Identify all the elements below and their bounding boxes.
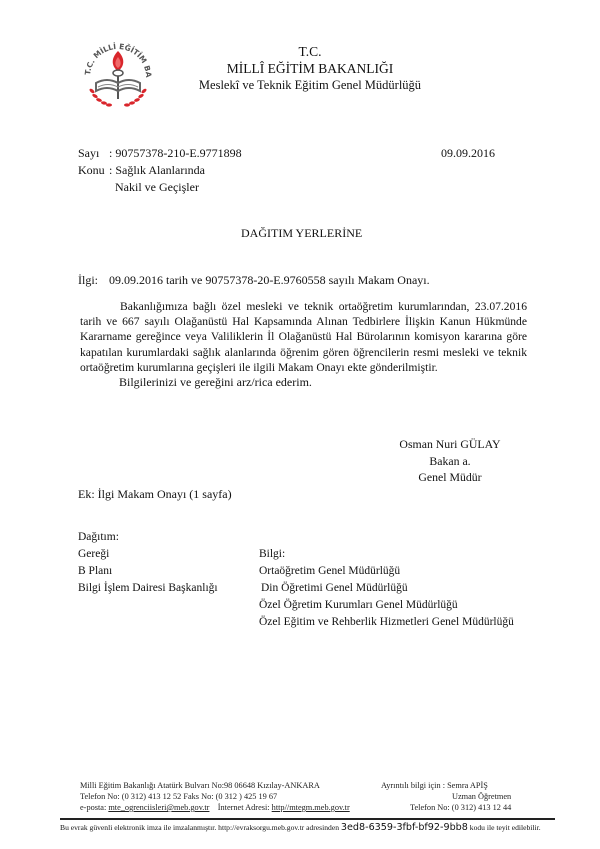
bilgi-item: Özel Öğretim Kurumları Genel Müdürlüğü [259, 599, 458, 611]
bilgi-item: Ortaöğretim Genel Müdürlüğü [259, 565, 400, 577]
gereği-item: Bilgi İşlem Dairesi Başkanlığı [78, 582, 218, 594]
verification-notice: Bu evrak güvenli elektronik imza ile imz… [60, 822, 555, 833]
web-label: İnternet Adresi: [218, 803, 270, 812]
sayi-value: : 90757378-210-E.9771898 [109, 146, 242, 161]
web-link[interactable]: http//mtegm.meb.gov.tr [272, 803, 350, 812]
addressee: DAĞITIM YERLERİNE [241, 226, 362, 241]
konu-value: : Sağlık Alanlarında [109, 163, 205, 178]
signer-on-behalf: Bakan a. [395, 453, 505, 470]
body-line: ortaöğretim kurumlarına geçişleri ile il… [80, 360, 527, 375]
footer-contact-phone: Telefon No: (0 312) 413 12 44 [410, 803, 511, 812]
verification-code: 3ed8-6359-3fbf-bf92-9bb8 [341, 822, 468, 833]
email-label: e-posta: [80, 803, 106, 812]
header-tc: T.C. [160, 44, 460, 60]
ilgi-text: 09.09.2016 tarih ve 90757378-20-E.976055… [109, 273, 430, 288]
body-line: Kararname gereğince veya Valiliklerin İl… [80, 329, 527, 344]
gereği-label: Gereği [78, 548, 109, 560]
gereği-item: B Planı [78, 565, 112, 577]
footer-divider [60, 818, 555, 820]
attachment: Ek: İlgi Makam Onayı (1 sayfa) [78, 487, 232, 502]
signature-block: Osman Nuri GÜLAY Bakan a. Genel Müdür [395, 436, 505, 486]
ilgi-label: İlgi: [78, 273, 98, 288]
email-link[interactable]: mte_ogrenciisleri@meb.gov.tr [108, 803, 209, 812]
body-line: tarih ve 667 sayılı Olağanüstü Hal Kapsa… [80, 314, 527, 329]
closing-text: Bilgilerinizi ve gereğini arz/rica ederi… [119, 375, 312, 390]
signer-title: Genel Müdür [395, 469, 505, 486]
header-directorate: Meslekî ve Teknik Eğitim Genel Müdürlüğü [160, 78, 460, 93]
header-ministry: MİLLÎ EĞİTİM BAKANLIĞI [160, 61, 460, 77]
footer-contact-line: e-posta: mte_ogrenciisleri@meb.gov.tr İn… [80, 803, 350, 812]
body-paragraph: Bakanlığımıza bağlı özel mesleki ve tekn… [80, 299, 527, 375]
body-line: kapatılan kurumlardaki sağlık alanlarınd… [80, 345, 527, 360]
meb-logo-icon: T.C. MİLLİ EĞİTİM BAKANLIĞI [78, 33, 158, 113]
bilgi-item: Özel Eğitim ve Rehberlik Hizmetleri Gene… [259, 616, 514, 628]
bilgi-item: Din Öğretimi Genel Müdürlüğü [261, 582, 408, 594]
document-date: 09.09.2016 [441, 146, 495, 161]
body-line: Bakanlığımıza bağlı özel mesleki ve tekn… [80, 299, 527, 314]
signer-name: Osman Nuri GÜLAY [395, 436, 505, 453]
bilgi-label: Bilgi: [259, 548, 285, 560]
verification-prefix: Bu evrak güvenli elektronik imza ile imz… [60, 823, 339, 832]
distribution-title: Dağıtım: [78, 531, 119, 543]
footer-phone-fax: Telefon No: (0 312) 413 12 52 Faks No: (… [80, 792, 277, 801]
footer-contact-title: Uzman Öğretmen [452, 792, 511, 801]
konu-label: Konu [78, 163, 105, 178]
footer-address: Milli Eğitim Bakanlığı Atatürk Bulvarı N… [80, 781, 320, 790]
konu-value-2: Nakil ve Geçişler [115, 180, 199, 195]
sayi-label: Sayı [78, 146, 99, 161]
footer-contact-person: Ayrıntılı bilgi için : Semra APİŞ [381, 781, 488, 790]
verification-suffix: kodu ile teyit edilebilir. [470, 823, 541, 832]
